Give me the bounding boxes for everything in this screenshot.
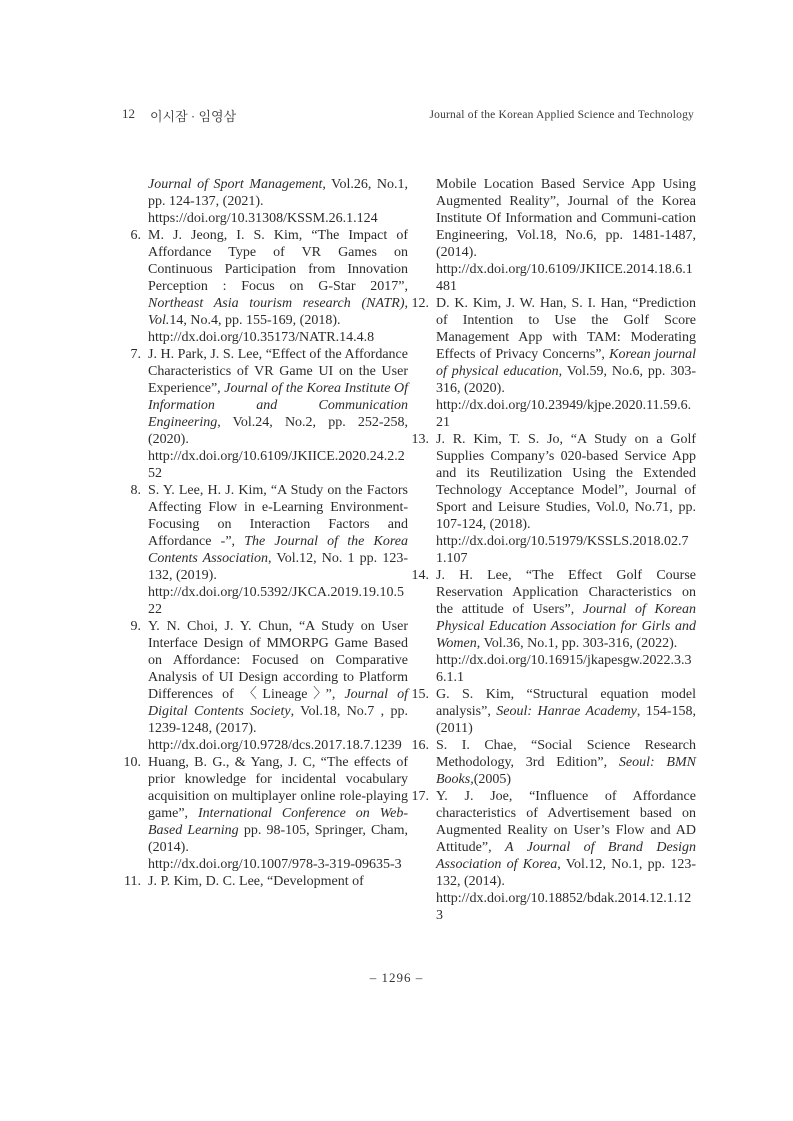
doi-url[interactable]: http://dx.doi.org/10.23949/kjpe.2020.11.… <box>436 398 691 430</box>
references-columns: Journal of Sport Management, Vol.26, No.… <box>120 176 696 924</box>
reference-item: 6.M. J. Jeong, I. S. Kim, “The Impact of… <box>120 227 408 346</box>
reference-number: 10. <box>120 754 148 873</box>
reference-text: Y. N. Choi, J. Y. Chun, “A Study on User… <box>148 618 408 754</box>
reference-number: 6. <box>120 227 148 346</box>
reference-journal-name: Seoul: Hanrae Academy <box>496 704 637 719</box>
reference-text: J. R. Kim, T. S. Jo, “A Study on a Golf … <box>436 431 696 567</box>
reference-text: M. J. Jeong, I. S. Kim, “The Impact of A… <box>148 227 408 346</box>
reference-number: 7. <box>120 346 148 482</box>
reference-number: 15. <box>408 686 436 737</box>
reference-number <box>120 176 148 227</box>
paper-page: 12 이시잠 · 임영삼 Journal of the Korean Appli… <box>0 0 793 1121</box>
reference-text: Journal of Sport Management, Vol.26, No.… <box>148 176 408 227</box>
reference-text: D. K. Kim, J. W. Han, S. I. Han, “Predic… <box>436 295 696 431</box>
header-page-label: 12 <box>122 106 135 125</box>
reference-number: 12. <box>408 295 436 431</box>
reference-item: 14.J. H. Lee, “The Effect Golf Course Re… <box>408 567 696 686</box>
page-header: 12 이시잠 · 임영삼 Journal of the Korean Appli… <box>122 106 694 125</box>
reference-journal-name: Journal of Sport Management <box>148 177 322 192</box>
reference-item: 7.J. H. Park, J. S. Lee, “Effect of the … <box>120 346 408 482</box>
references-left-column: Journal of Sport Management, Vol.26, No.… <box>120 176 408 924</box>
doi-url[interactable]: http://dx.doi.org/10.35173/NATR.14.4.8 <box>148 330 374 345</box>
reference-item: 12.D. K. Kim, J. W. Han, S. I. Han, “Pre… <box>408 295 696 431</box>
doi-url[interactable]: https://doi.org/10.31308/KSSM.26.1.124 <box>148 211 378 226</box>
header-authors: 이시잠 · 임영삼 <box>150 106 236 125</box>
doi-url[interactable]: http://dx.doi.org/10.6109/JKIICE.2020.24… <box>148 449 405 481</box>
reference-item: 11.J. P. Kim, D. C. Lee, “Development of <box>120 873 408 890</box>
reference-number: 8. <box>120 482 148 618</box>
doi-url[interactable]: http://dx.doi.org/10.18852/bdak.2014.12.… <box>436 891 691 923</box>
reference-item: 8.S. Y. Lee, H. J. Kim, “A Study on the … <box>120 482 408 618</box>
reference-run: (2005) <box>474 772 511 787</box>
reference-run: , Vol.36, No.1, pp. 303-316, (2022). <box>477 636 678 651</box>
references-right-column: Mobile Location Based Service App Using … <box>408 176 696 924</box>
reference-number: 13. <box>408 431 436 567</box>
doi-url[interactable]: http://dx.doi.org/10.1007/978-3-319-0963… <box>148 857 402 872</box>
reference-run: J. P. Kim, D. C. Lee, “Development of <box>148 874 364 889</box>
reference-number: 11. <box>120 873 148 890</box>
page-number: – 1296 – <box>370 970 424 985</box>
reference-item: 10.Huang, B. G., & Yang, J. C, “The effe… <box>120 754 408 873</box>
reference-number: 16. <box>408 737 436 788</box>
reference-number <box>408 176 436 295</box>
reference-number: 14. <box>408 567 436 686</box>
reference-text: Mobile Location Based Service App Using … <box>436 176 696 295</box>
doi-url[interactable]: http://dx.doi.org/10.16915/jkapesgw.2022… <box>436 653 692 685</box>
reference-run: J. R. Kim, T. S. Jo, “A Study on a Golf … <box>436 432 696 532</box>
reference-text: J. H. Lee, “The Effect Golf Course Reser… <box>436 567 696 686</box>
header-left: 12 이시잠 · 임영삼 <box>122 106 236 125</box>
doi-url[interactable]: http://dx.doi.org/10.5392/JKCA.2019.19.1… <box>148 585 404 617</box>
reference-text: J. H. Park, J. S. Lee, “Effect of the Af… <box>148 346 408 482</box>
reference-item: 17.Y. J. Joe, “Influence of Affordance c… <box>408 788 696 924</box>
reference-text: S. I. Chae, “Social Science Research Met… <box>436 737 696 788</box>
reference-continuation: Mobile Location Based Service App Using … <box>408 176 696 295</box>
doi-url[interactable]: http://dx.doi.org/10.9728/dcs.2017.18.7.… <box>148 738 402 753</box>
reference-text: Huang, B. G., & Yang, J. C, “The effects… <box>148 754 408 873</box>
reference-number: 9. <box>120 618 148 754</box>
reference-text: G. S. Kim, “Structural equation model an… <box>436 686 696 737</box>
reference-text: S. Y. Lee, H. J. Kim, “A Study on the Fa… <box>148 482 408 618</box>
reference-run: Mobile Location Based Service App Using … <box>436 177 696 260</box>
reference-item: 13.J. R. Kim, T. S. Jo, “A Study on a Go… <box>408 431 696 567</box>
reference-continuation: Journal of Sport Management, Vol.26, No.… <box>120 176 408 227</box>
reference-text: J. P. Kim, D. C. Lee, “Development of <box>148 873 408 890</box>
reference-run: 14, No.4, pp. 155-169, (2018). <box>169 313 340 328</box>
reference-item: 16.S. I. Chae, “Social Science Research … <box>408 737 696 788</box>
doi-url[interactable]: http://dx.doi.org/10.51979/KSSLS.2018.02… <box>436 534 689 566</box>
reference-number: 17. <box>408 788 436 924</box>
doi-url[interactable]: http://dx.doi.org/10.6109/JKIICE.2014.18… <box>436 262 693 294</box>
header-journal-title: Journal of the Korean Applied Science an… <box>429 109 694 121</box>
reference-item: 15.G. S. Kim, “Structural equation model… <box>408 686 696 737</box>
page-footer: – 1296 – <box>0 970 793 986</box>
reference-text: Y. J. Joe, “Influence of Affordance char… <box>436 788 696 924</box>
reference-run: M. J. Jeong, I. S. Kim, “The Impact of A… <box>148 228 408 294</box>
reference-item: 9.Y. N. Choi, J. Y. Chun, “A Study on Us… <box>120 618 408 754</box>
